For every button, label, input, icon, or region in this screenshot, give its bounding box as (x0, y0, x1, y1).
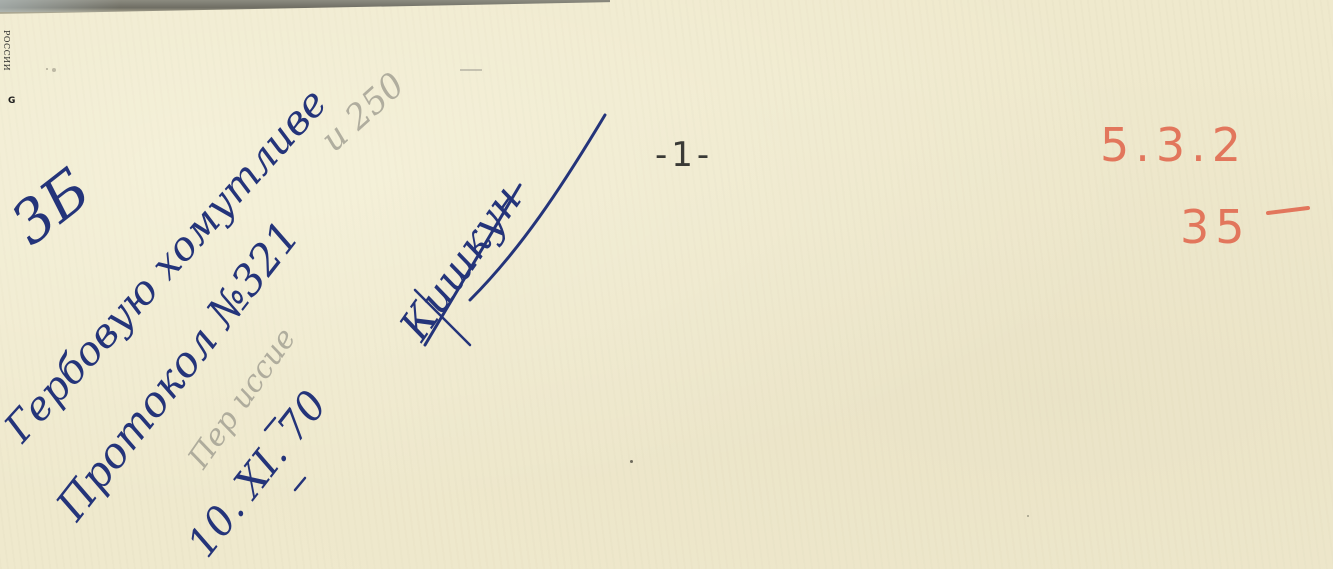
paper-speck (1027, 515, 1029, 517)
red-underscore (1268, 208, 1308, 213)
paper-speck (52, 68, 56, 72)
paper-speck (630, 460, 633, 463)
red-mark-overlay (0, 0, 1333, 569)
paper-speck (46, 68, 48, 70)
